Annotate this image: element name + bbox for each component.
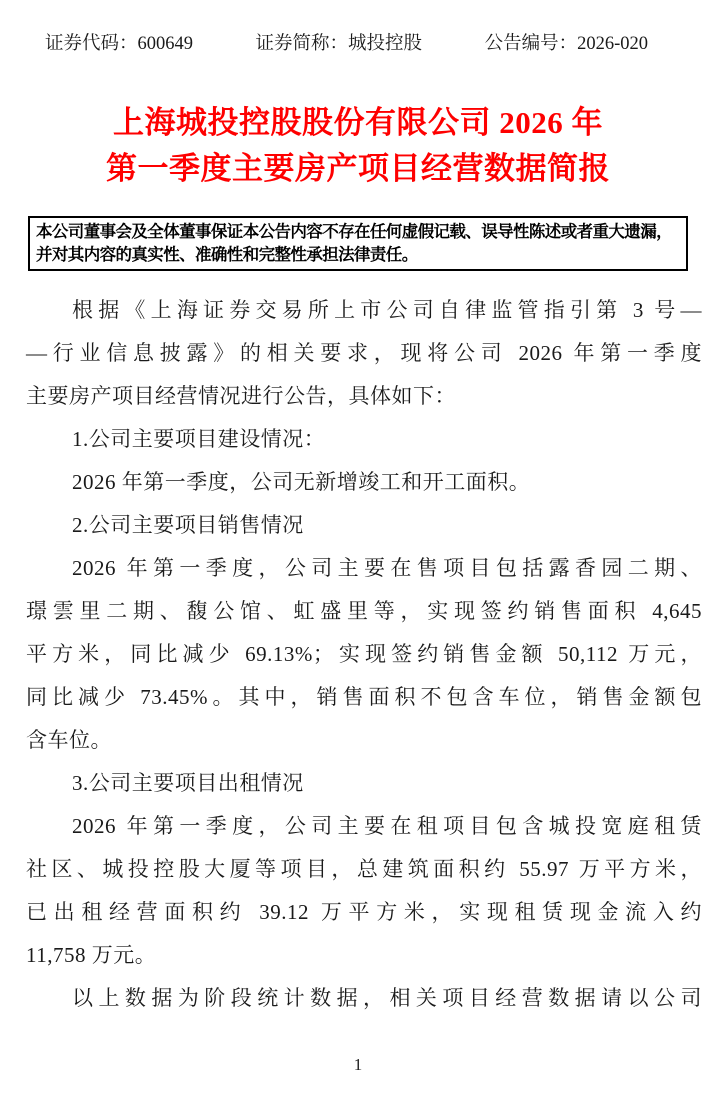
body-line: 11,758 万元。 [26, 934, 702, 977]
body-line: 社区、城投控股大厦等项目，总建筑面积约 55.97 万平方米， [26, 848, 702, 891]
body-line: 2026 年第一季度，公司主要在售项目包括露香园二期、 [26, 547, 702, 590]
stock-abbr: 证券简称：城投控股 [256, 31, 423, 57]
body-line: 璟雲里二期、馥公馆、虹盛里等，实现签约销售面积 4,645 [26, 590, 702, 633]
body-line: 主要房产项目经营情况进行公告，具体如下： [26, 375, 702, 418]
body-line: 含车位。 [26, 719, 702, 762]
disclaimer-line2: 并对其内容的真实性、准确性和完整性承担法律责任。 [36, 244, 680, 267]
announcement-page: 证券代码：600649 证券简称：城投控股 公告编号：2026-020 上海城投… [0, 0, 716, 1115]
disclaimer-box: 本公司董事会及全体董事保证本公告内容不存在任何虚假记载、误导性陈述或者重大遗漏，… [28, 216, 688, 271]
body-line: 已出租经营面积约 39.12 万平方米，实现租赁现金流入约 [26, 891, 702, 934]
disclaimer-line1: 本公司董事会及全体董事保证本公告内容不存在任何虚假记载、误导性陈述或者重大遗漏， [36, 221, 680, 244]
document-title-line2: 第一季度主要房产项目经营数据简报 [0, 146, 716, 192]
page-footer: 1 [0, 1053, 716, 1077]
document-title-line1: 上海城投控股股份有限公司 2026 年 [0, 100, 716, 146]
body-line: —行业信息披露》的相关要求，现将公司 2026 年第一季度 [26, 332, 702, 375]
body-line: 2.公司主要项目销售情况 [26, 504, 702, 547]
body-line: 根据《上海证券交易所上市公司自律监管指引第 3 号— [26, 289, 702, 332]
body-line: 同比减少 73.45%。其中，销售面积不包含车位，销售金额包 [26, 676, 702, 719]
body-line: 2026 年第一季度，公司主要在租项目包含城投宽庭租赁 [26, 805, 702, 848]
page-number: 1 [354, 1055, 363, 1074]
body-line: 2026 年第一季度，公司无新增竣工和开工面积。 [26, 461, 702, 504]
document-title: 上海城投控股股份有限公司 2026 年 第一季度主要房产项目经营数据简报 [0, 100, 716, 192]
securities-header: 证券代码：600649 证券简称：城投控股 公告编号：2026-020 [45, 31, 648, 57]
body-line: 1.公司主要项目建设情况： [26, 418, 702, 461]
body-text: 根据《上海证券交易所上市公司自律监管指引第 3 号— —行业信息披露》的相关要求… [26, 289, 702, 1020]
body-line: 以上数据为阶段统计数据，相关项目经营数据请以公司 [26, 977, 702, 1020]
body-line: 3.公司主要项目出租情况 [26, 762, 702, 805]
announcement-number: 公告编号：2026-020 [485, 31, 648, 57]
body-line: 平方米，同比减少 69.13%；实现签约销售金额 50,112 万元， [26, 633, 702, 676]
stock-code: 证券代码：600649 [45, 31, 193, 57]
